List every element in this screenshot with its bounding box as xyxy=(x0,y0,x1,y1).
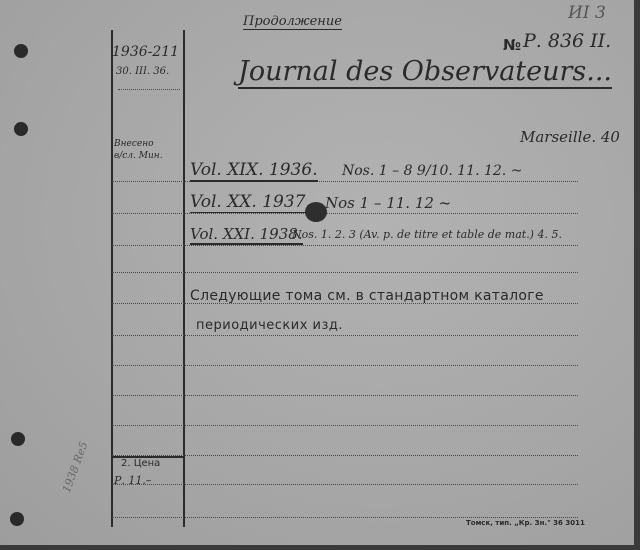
holding-issues-20: Nos 1 – 11. 12 ~ xyxy=(325,194,451,212)
holding-volume-21: Vol. XXI. 1938. xyxy=(190,225,303,245)
rule-line xyxy=(112,245,578,246)
price-value: Р. 11.– xyxy=(114,474,151,487)
accession-number: 1936-211 xyxy=(112,44,179,60)
continuation-label: Продолжение xyxy=(243,14,342,30)
punch-hole xyxy=(10,512,24,526)
rule-line xyxy=(112,517,578,518)
rule-line xyxy=(118,89,180,90)
journal-title: Journal des Observateurs... xyxy=(238,56,612,89)
rule-line xyxy=(112,213,578,214)
holding-issues-19: Nos. 1 – 8 9/10. 11. 12. ~ xyxy=(342,163,522,179)
rule-line xyxy=(112,335,578,336)
column-rule xyxy=(111,30,113,527)
corner-mark: ИІ 3 xyxy=(568,3,606,23)
holding-volume-19: Vol. XIX. 1936. xyxy=(190,160,318,182)
rule-line xyxy=(112,484,578,485)
rule-line xyxy=(112,272,578,273)
place-year: Marseille. 40 xyxy=(520,128,620,146)
catalog-card: ИІ 3 Продолжение № Р. 836 II. Journal de… xyxy=(0,0,634,545)
rule-line xyxy=(112,365,578,366)
rule-line xyxy=(112,425,578,426)
note-line-2: периодических изд. xyxy=(196,318,343,333)
ink-blot xyxy=(305,202,327,222)
printer-imprint: Томск, тип. „Кр. Зн." 36 3011 xyxy=(466,519,585,527)
accession-date: 30. III. 36. xyxy=(116,66,169,77)
note-line-2: в/сл. Мин. xyxy=(114,151,163,161)
punch-hole xyxy=(11,432,25,446)
punch-hole xyxy=(14,122,28,136)
rule-line xyxy=(112,181,578,182)
card-number: Р. 836 II. xyxy=(523,30,611,52)
rule-line xyxy=(112,395,578,396)
holding-volume-20: Vol. XX. 1937. xyxy=(190,192,311,213)
note-line-1: Внесено xyxy=(114,139,154,149)
holding-issues-21: Nos. 1. 2. 3 (Av. p. de titre et table d… xyxy=(292,228,562,241)
punch-hole xyxy=(14,44,28,58)
margin-note: 1938 Re5 xyxy=(60,440,90,495)
column-rule xyxy=(183,30,185,527)
number-prefix: № xyxy=(503,36,521,54)
price-label: 2. Цена xyxy=(121,458,160,469)
note-line-1: Следующие тома см. в стандартном каталог… xyxy=(190,288,544,304)
